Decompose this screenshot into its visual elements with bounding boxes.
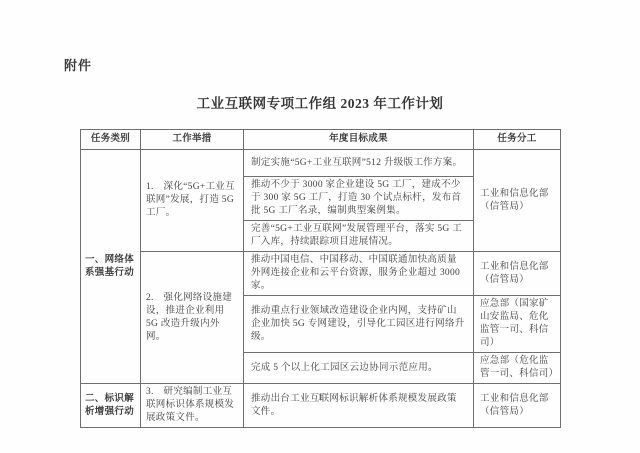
attachment-label: 附件 — [64, 55, 92, 74]
col-header-annual-target: 年度目标成果 — [244, 130, 474, 150]
target-cell-5: 推动重点行业领域改造建设企业内网，支持矿山企业加快 5G 专网建设，引导化工园区… — [244, 296, 474, 353]
category-cell-identifier: 二、标识解析增强行动 — [81, 384, 141, 428]
table-row: 二、标识解析增强行动 3. 研究编制工业互联网标识体系规模发展政策文件。 推动出… — [81, 384, 561, 428]
document-page: 附件 工业互联网专项工作组 2023 年工作计划 任务类别 工作举措 年度目标成… — [0, 0, 640, 453]
col-header-task-category: 任务类别 — [81, 130, 141, 150]
measure-cell-1: 1. 深化“5G+工业互联网”发展，打造 5G 工厂。 — [141, 150, 244, 252]
table-header-row: 任务类别 工作举措 年度目标成果 任务分工 — [81, 130, 561, 150]
measure-cell-3: 3. 研究编制工业互联网标识体系规模发展政策文件。 — [141, 384, 244, 428]
page-number: 1 — [0, 392, 640, 402]
target-cell-6: 完成 5 个以上化工园区云边协同示范应用。 — [244, 353, 474, 384]
category-cell-network: 一、网络体系强基行动 — [81, 150, 141, 384]
col-header-task-division: 任务分工 — [474, 130, 561, 150]
target-cell-3: 完善“5G+工业互联网”发展管理平台，落实 5G 工厂入库，持续跟踪项目进展情况… — [244, 221, 474, 252]
division-cell-5: 应急部（国家矿山安监局、危化监管一司、科信司） — [474, 296, 561, 353]
division-cell-7: 工业和信息化部（信管局） — [474, 384, 561, 428]
division-cell-4: 工业和信息化部（信管局） — [474, 252, 561, 296]
division-cell-6: 应急部（危化监管一司、科信司） — [474, 353, 561, 384]
division-cell-1: 工业和信息化部（信管局） — [474, 150, 561, 252]
document-title: 工业互联网专项工作组 2023 年工作计划 — [0, 92, 640, 112]
col-header-work-measure: 工作举措 — [141, 130, 244, 150]
target-cell-4: 推动中国电信、中国移动、中国联通加快高质量外网连接企业和云平台资源，服务企业超过… — [244, 252, 474, 296]
target-cell-1: 制定实施“5G+工业互联网”512 升级版工作方案。 — [244, 150, 474, 177]
target-cell-2: 推动不少于 3000 家企业建设 5G 工厂，建成不少于 300 家 5G 工厂… — [244, 177, 474, 221]
measure-cell-2: 2. 强化网络设施建设，推进企业利用 5G 改造升级内外网。 — [141, 252, 244, 384]
work-plan-table: 任务类别 工作举措 年度目标成果 任务分工 一、网络体系强基行动 1. 深化“5… — [80, 129, 561, 428]
table-row: 一、网络体系强基行动 1. 深化“5G+工业互联网”发展，打造 5G 工厂。 制… — [81, 150, 561, 177]
table-row: 2. 强化网络设施建设，推进企业利用 5G 改造升级内外网。 推动中国电信、中国… — [81, 252, 561, 296]
target-cell-7: 推动出台工业互联网标识解析体系规模发展政策文件。 — [244, 384, 474, 428]
